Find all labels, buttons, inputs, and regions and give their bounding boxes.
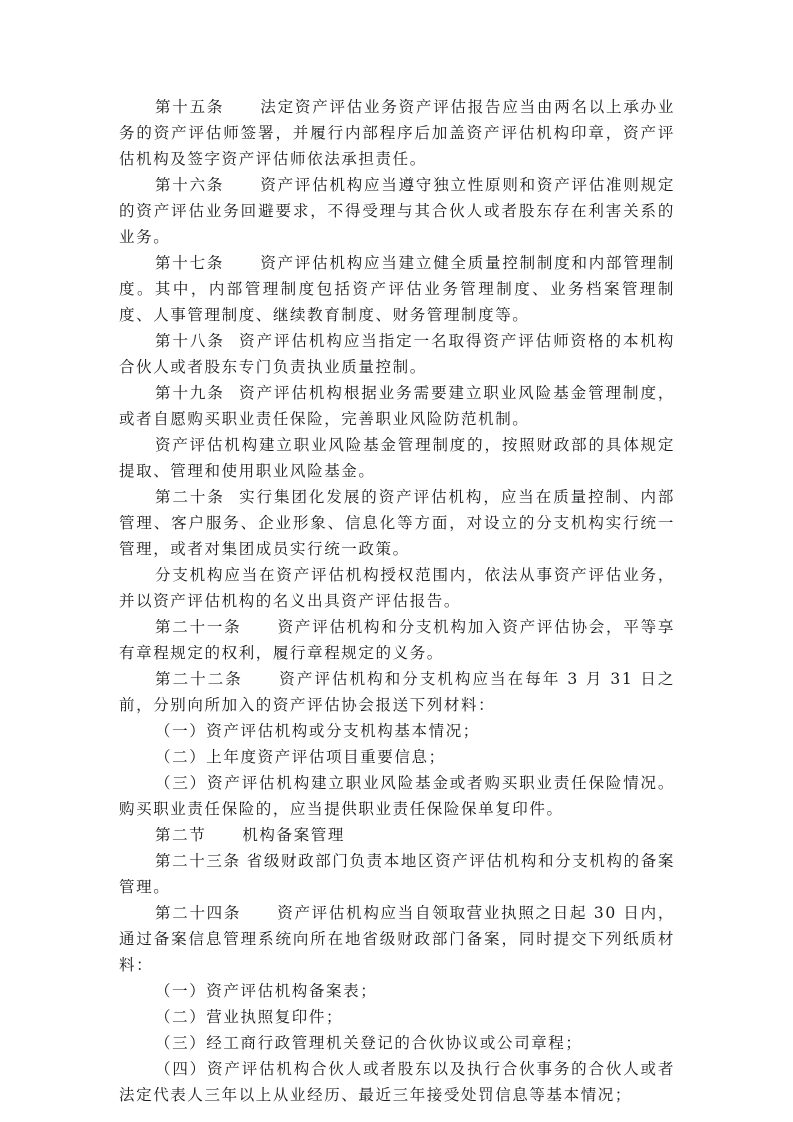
document-page: 第十五条法定资产评估业务资产评估报告应当由两名以上承办业务的资产评估师签署，并履… <box>119 94 675 1108</box>
list-item-text: （二）上年度资产评估项目重要信息； <box>155 748 446 766</box>
article-label: 第二十二条 <box>155 670 243 688</box>
list-item: （三）资产评估机构建立职业风险基金或者购买职业责任保险情况。购买职业责任保险的，… <box>119 770 675 822</box>
article-20: 第二十条实行集团化发展的资产评估机构，应当在质量控制、内部管理、客户服务、企业形… <box>119 484 675 562</box>
article-label: 第十八条 <box>155 332 225 350</box>
paragraph-text: 资产评估机构建立职业风险基金管理制度的，按照财政部的具体规定提取、管理和使用职业… <box>119 436 675 480</box>
section-label: 第二节 <box>155 826 206 844</box>
article-17: 第十七条资产评估机构应当建立健全质量控制制度和内部管理制度。其中，内部管理制度包… <box>119 250 675 328</box>
list-item-text: （三）资产评估机构建立职业风险基金或者购买职业责任保险情况。购买职业责任保险的，… <box>119 774 675 818</box>
article-label: 第十九条 <box>155 384 225 402</box>
list-item: （三）经工商行政管理机关登记的合伙协议或公司章程； <box>119 1030 675 1056</box>
list-item-text: （一）资产评估机构备案表； <box>155 982 377 1000</box>
list-item: （一）资产评估机构或分支机构基本情况； <box>119 718 675 744</box>
article-15: 第十五条法定资产评估业务资产评估报告应当由两名以上承办业务的资产评估师签署，并履… <box>119 94 675 172</box>
article-label: 第十五条 <box>155 98 224 116</box>
article-label: 第二十一条 <box>155 618 241 636</box>
article-23: 第二十三条省级财政部门负责本地区资产评估机构和分支机构的备案管理。 <box>119 848 675 900</box>
list-item-text: （二）营业执照复印件； <box>155 1008 343 1026</box>
article-label: 第十七条 <box>155 254 224 272</box>
paragraph-text: 分支机构应当在资产评估机构授权范围内，依法从事资产评估业务，并以资产评估机构的名… <box>119 566 675 610</box>
section-heading: 第二节机构备案管理 <box>119 822 675 848</box>
article-18: 第十八条资产评估机构应当指定一名取得资产评估师资格的本机构合伙人或者股东专门负责… <box>119 328 675 380</box>
list-item: （一）资产评估机构备案表； <box>119 978 675 1004</box>
article-24: 第二十四条资产评估机构应当自领取营业执照之日起 30 日内，通过备案信息管理系统… <box>119 900 675 978</box>
list-item-text: （三）经工商行政管理机关登记的合伙协议或公司章程； <box>155 1034 583 1052</box>
article-22: 第二十二条资产评估机构和分支机构应当在每年 3 月 31 日之前，分别向所加入的… <box>119 666 675 718</box>
article-label: 第十六条 <box>155 176 224 194</box>
list-item: （四）资产评估机构合伙人或者股东以及执行合伙事务的合伙人或者法定代表人三年以上从… <box>119 1056 675 1108</box>
article-label: 第二十条 <box>155 488 225 506</box>
list-item: （二）营业执照复印件； <box>119 1004 675 1030</box>
section-title: 机构备案管理 <box>242 826 345 844</box>
article-label: 第二十三条 <box>155 852 241 870</box>
list-item: （二）上年度资产评估项目重要信息； <box>119 744 675 770</box>
list-item-text: （一）资产评估机构或分支机构基本情况； <box>155 722 480 740</box>
article-19-para-2: 资产评估机构建立职业风险基金管理制度的，按照财政部的具体规定提取、管理和使用职业… <box>119 432 675 484</box>
article-label: 第二十四条 <box>155 904 241 922</box>
article-21: 第二十一条资产评估机构和分支机构加入资产评估协会，平等享有章程规定的权利，履行章… <box>119 614 675 666</box>
list-item-text: （四）资产评估机构合伙人或者股东以及执行合伙事务的合伙人或者法定代表人三年以上从… <box>119 1060 675 1104</box>
article-19: 第十九条资产评估机构根据业务需要建立职业风险基金管理制度，或者自愿购买职业责任保… <box>119 380 675 432</box>
article-20-para-2: 分支机构应当在资产评估机构授权范围内，依法从事资产评估业务，并以资产评估机构的名… <box>119 562 675 614</box>
article-16: 第十六条资产评估机构应当遵守独立性原则和资产评估准则规定的资产评估业务回避要求，… <box>119 172 675 250</box>
